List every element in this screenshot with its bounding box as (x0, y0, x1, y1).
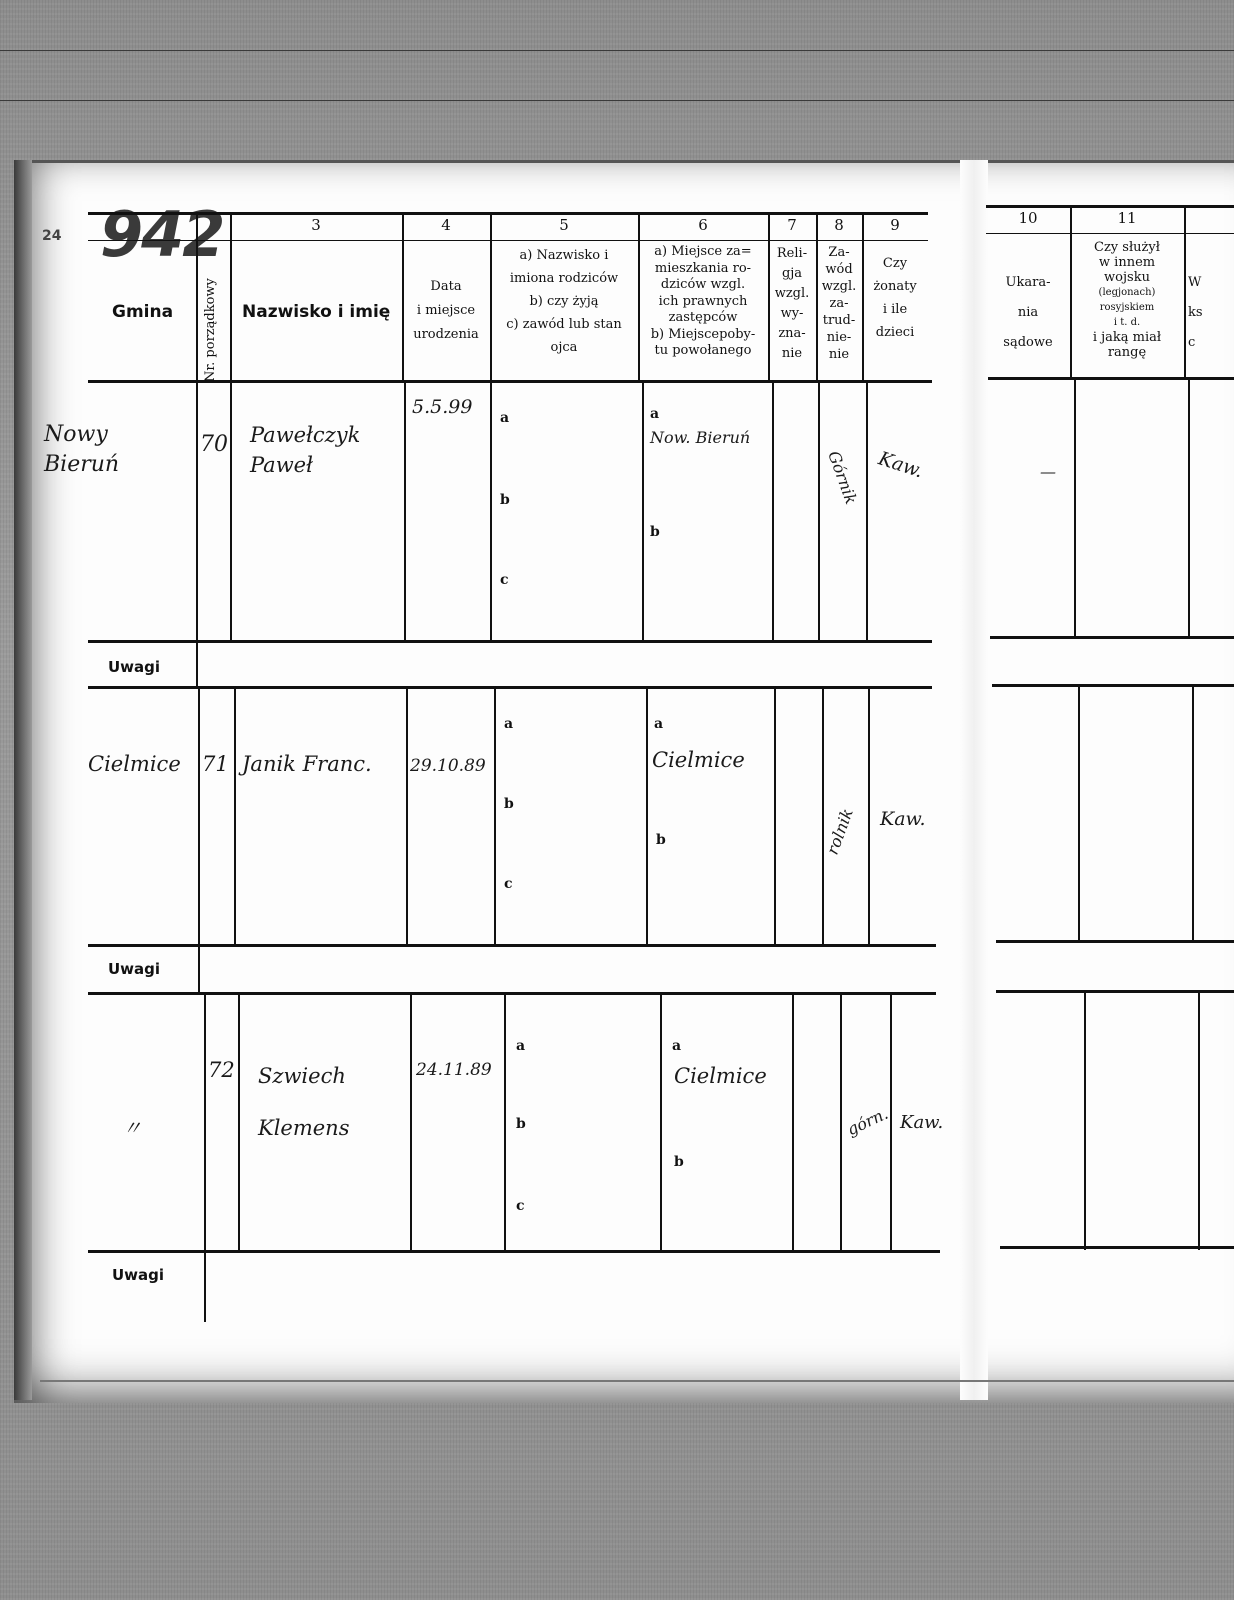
col-divider (774, 688, 776, 946)
col-6-header: a) Miejsce za= mieszkania ro- dziców wzg… (638, 244, 768, 360)
row2-sub-c: c (504, 876, 513, 892)
page-edge-shadow (14, 160, 32, 1400)
row2-col6-sub-b: b (656, 832, 666, 848)
row3-gmina-ditto: 〃 (122, 1112, 142, 1141)
row-rule-right (996, 940, 1234, 943)
row3-birth-date: 24.11.89 (416, 1060, 492, 1080)
col-7-header: Reli- gja wzgl. wy- zna- nie (768, 244, 816, 364)
row-rule (88, 1250, 940, 1253)
col-divider (792, 994, 794, 1252)
row1-name: Pawełczyk Paweł (250, 420, 400, 480)
col-divider (230, 212, 232, 382)
col-divider (1084, 992, 1086, 1250)
col-4-header: Data i miejsce urodzenia (402, 275, 490, 347)
col-divider (840, 994, 842, 1252)
col-divider (234, 688, 236, 946)
row3-sub-a: a (516, 1038, 525, 1054)
row2-name: Janik Franc. (242, 752, 372, 776)
col-divider (504, 994, 506, 1252)
row1-birth-date: 5.5.99 (412, 396, 472, 418)
col-10-number: 10 (986, 211, 1070, 227)
col-5-number: 5 (490, 218, 638, 234)
col-8-header: Za- wód wzgl. za- trud- nie- nie (816, 244, 862, 363)
row1-nr: 70 (200, 432, 228, 457)
col-divider (890, 994, 892, 1252)
col-divider (198, 688, 200, 946)
col-divider (1074, 380, 1076, 638)
col-divider (866, 382, 868, 642)
col-4-number: 4 (402, 218, 490, 234)
book-gutter (960, 160, 988, 1400)
row2-birth-date: 29.10.89 (410, 756, 486, 776)
col-3-number: 3 (230, 218, 402, 234)
row-rule (88, 944, 936, 947)
scan-line (0, 100, 1234, 101)
header-number-rule-right (986, 233, 1234, 234)
header-top-rule-right (986, 205, 1234, 208)
row3-col6-sub-a: a (672, 1038, 681, 1054)
row2-sub-b: b (504, 796, 514, 812)
row-rule-right (1000, 1246, 1234, 1249)
col-divider (642, 382, 644, 642)
col-divider (868, 688, 870, 946)
row3-sub-b: b (516, 1116, 526, 1132)
col-gmina-header: Gmina (112, 302, 173, 322)
col-divider (410, 994, 412, 1252)
col-divider (196, 382, 198, 642)
row-rule-right (990, 636, 1234, 639)
col-divider (490, 382, 492, 642)
col-12-header-partial: W ks c (1188, 268, 1228, 358)
row1-col6-sub-b: b (650, 524, 660, 540)
row2-remarks-label: Uwagi (108, 960, 160, 978)
col-divider (406, 688, 408, 946)
col-divider (404, 382, 406, 642)
col-divider (230, 382, 232, 642)
row1-gmina: Nowy Bieruń (44, 420, 174, 480)
row3-name: Szwiech Klemens (258, 1050, 408, 1154)
row-rule-right (992, 684, 1234, 687)
col-divider (818, 382, 820, 642)
row-rule (88, 992, 936, 995)
row3-nr: 72 (208, 1058, 235, 1082)
row-rule (88, 686, 932, 689)
row1-sub-a: a (500, 410, 509, 426)
col-divider (196, 212, 198, 382)
row1-remarks-label: Uwagi (108, 658, 160, 676)
col-divider (238, 994, 240, 1252)
col-9-number: 9 (862, 218, 928, 234)
col-nr-header: Nr. porządkowy (203, 212, 218, 382)
col-divider (204, 994, 206, 1252)
row2-parents-residence: Cielmice (652, 748, 745, 772)
row2-col6-sub-a: a (654, 716, 663, 732)
col-11-header: Czy służył w innem wojsku (legjonach) ro… (1070, 240, 1184, 360)
uwagi-divider (204, 1252, 206, 1322)
row3-sub-c: c (516, 1198, 525, 1214)
col-divider (1184, 207, 1186, 379)
row1-court-mark: — (1040, 462, 1056, 481)
col-5-header: a) Nazwisko i imiona rodziców b) czy żyj… (490, 244, 638, 359)
row2-gmina: Cielmice (88, 752, 181, 776)
col-divider (1078, 686, 1080, 942)
row1-sub-c: c (500, 572, 509, 588)
row3-remarks-label: Uwagi (112, 1266, 164, 1284)
row1-col6-sub-a: a (650, 406, 659, 422)
row2-nr: 71 (202, 752, 229, 776)
row1-parents-residence: Now. Bieruń (650, 428, 750, 447)
col-divider (494, 688, 496, 946)
col-divider (646, 688, 648, 946)
row3-parents-residence: Cielmice (674, 1064, 767, 1088)
col-divider (660, 994, 662, 1252)
col-divider (1188, 380, 1190, 638)
scan-line (0, 50, 1234, 51)
uwagi-divider (196, 642, 198, 688)
uwagi-divider (198, 946, 200, 994)
row3-col6-sub-b: b (674, 1154, 684, 1170)
row2-married: Kaw. (880, 808, 926, 830)
row-rule (88, 640, 932, 643)
col-7-number: 7 (768, 218, 816, 234)
row3-married: Kaw. (900, 1112, 943, 1133)
row1-sub-b: b (500, 492, 510, 508)
col-name-header: Nazwisko i imię (242, 302, 390, 322)
margin-note: 24 (42, 228, 61, 244)
header-bottom-rule-right (988, 377, 1234, 380)
row2-sub-a: a (504, 716, 513, 732)
col-8-number: 8 (816, 218, 862, 234)
col-6-number: 6 (638, 218, 768, 234)
col-divider (772, 382, 774, 642)
page-bottom-edge (40, 1380, 1234, 1382)
col-9-header: Czy żonaty i ile dzieci (862, 252, 928, 344)
col-11-number: 11 (1070, 211, 1184, 227)
col-10-header: Ukara- nia sądowe (986, 268, 1070, 358)
col-divider (822, 688, 824, 946)
col-divider (1198, 992, 1200, 1250)
col-divider (1192, 686, 1194, 942)
